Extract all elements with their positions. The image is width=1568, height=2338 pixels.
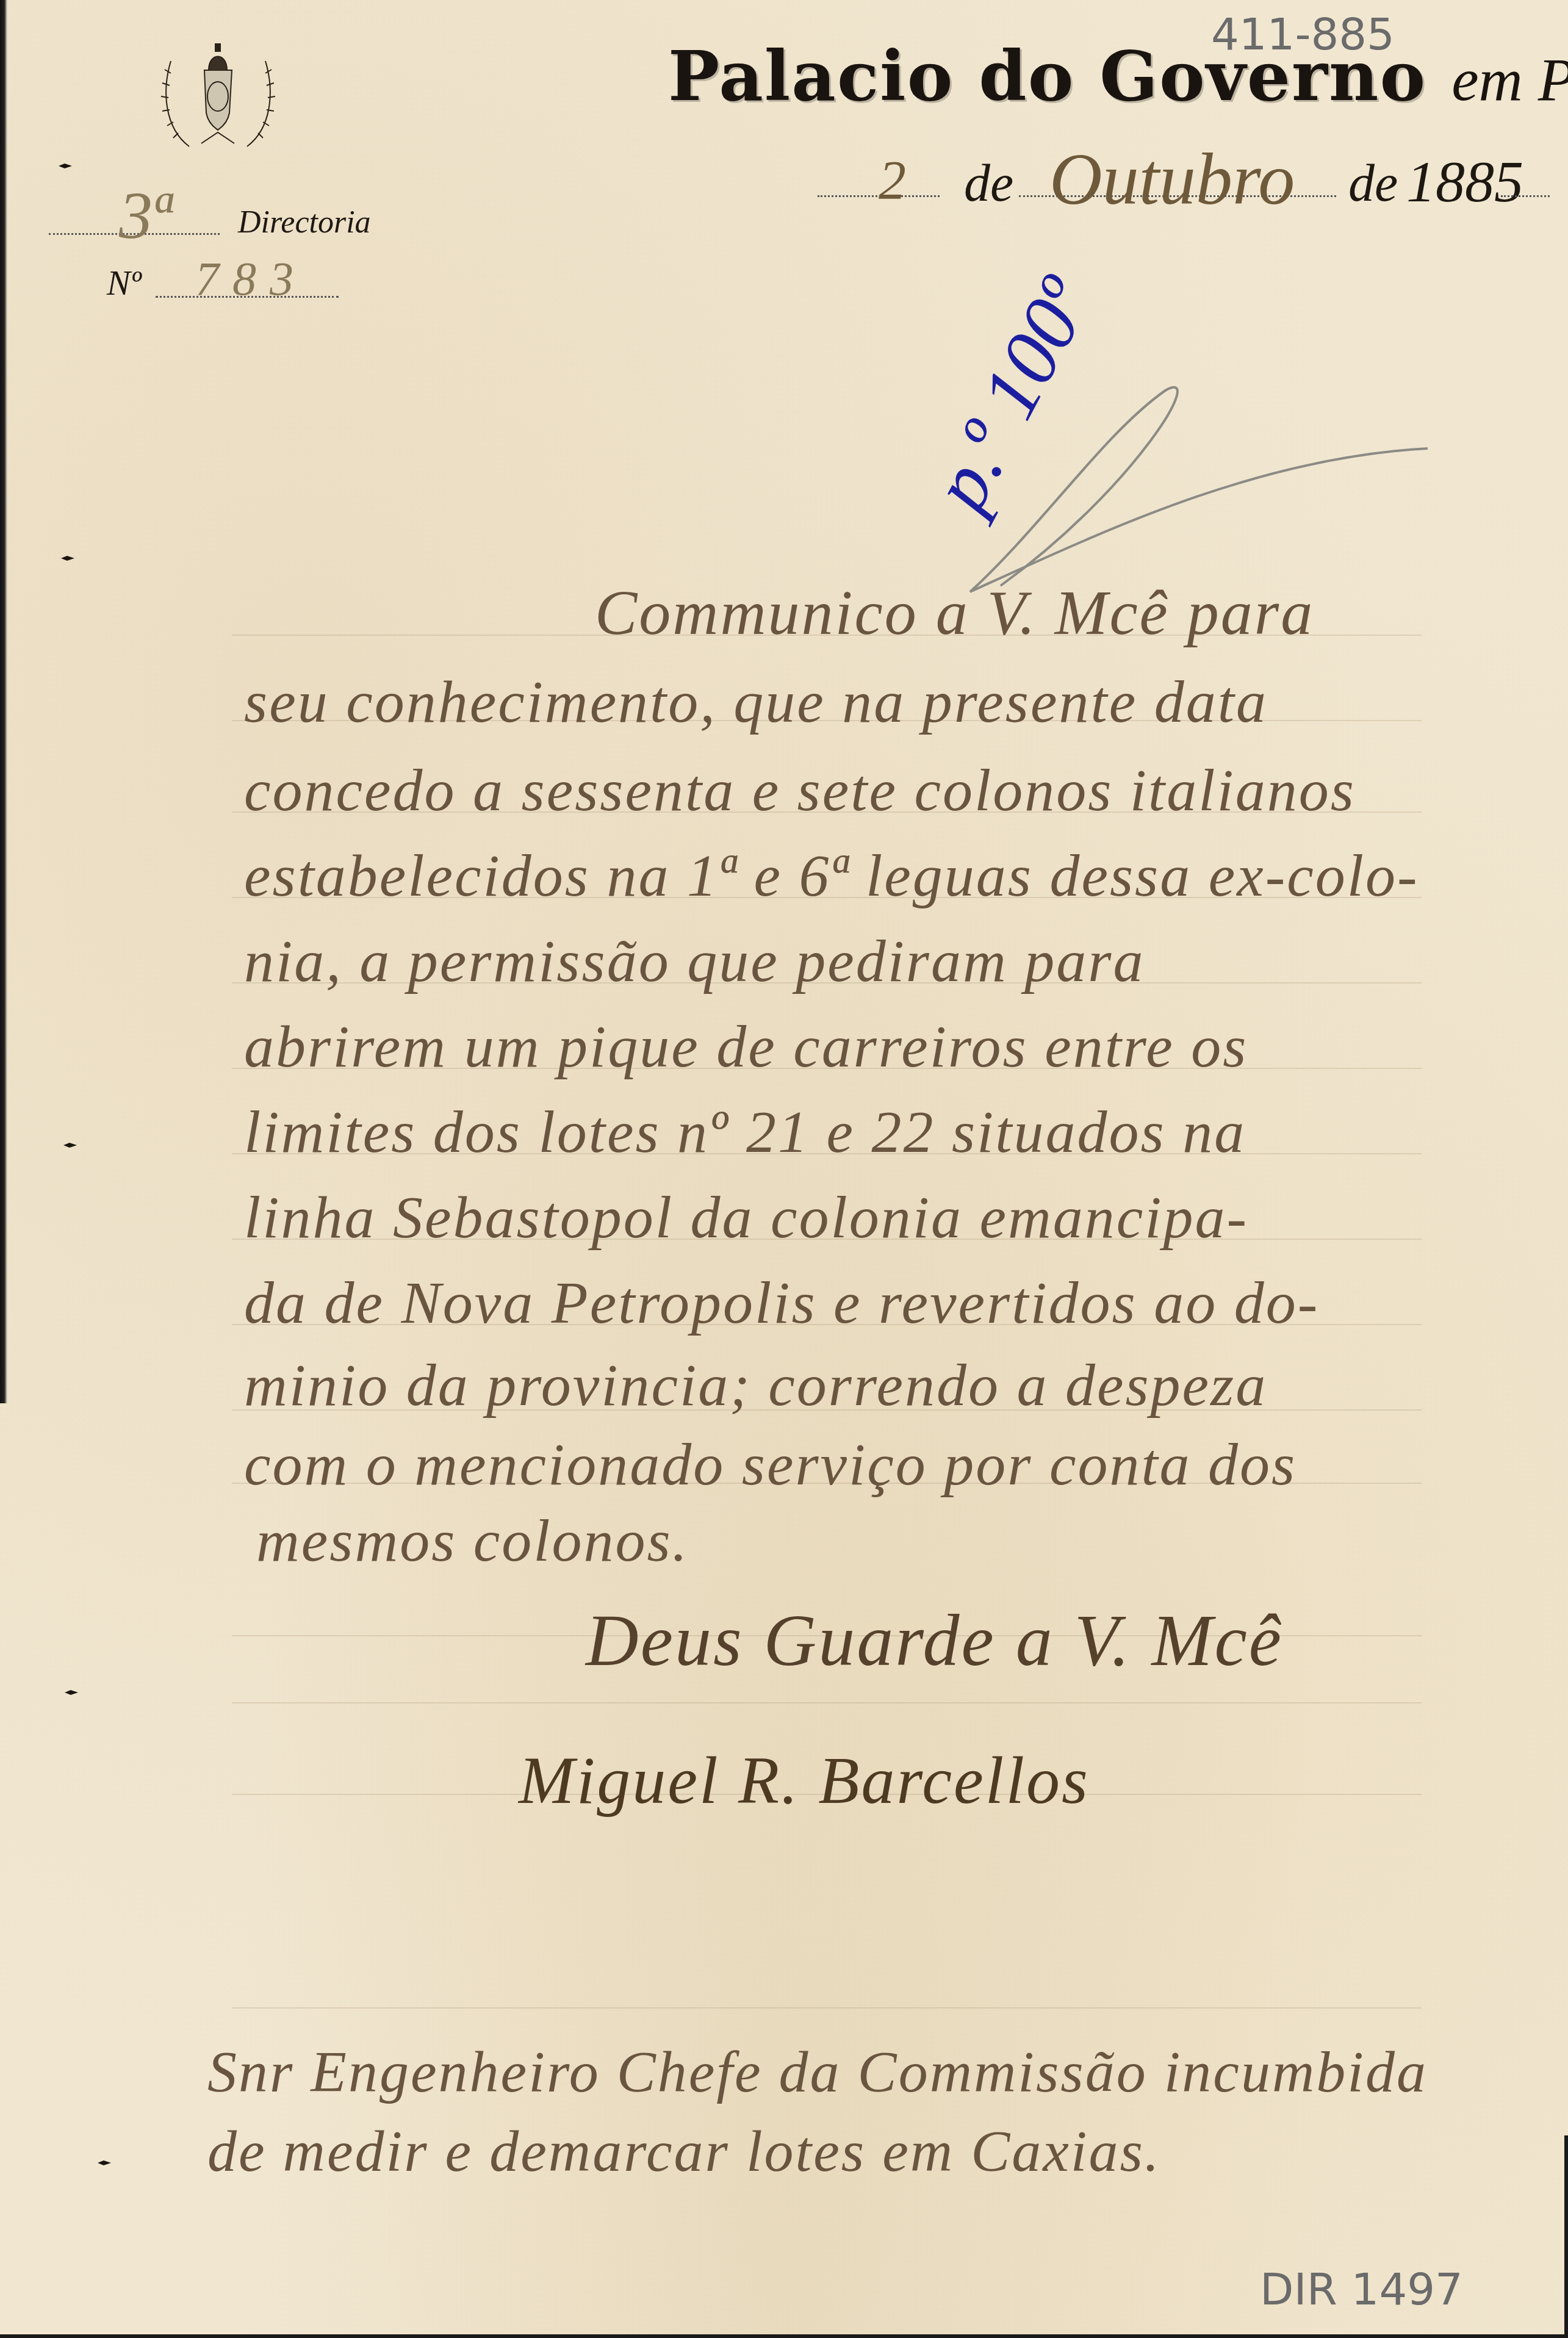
body-line: nia, a permissão que pediram para [244, 927, 1145, 996]
body-line: Communico a V. Mcê para [595, 577, 1314, 649]
body-line: minio da provincia; correndo a despeza [244, 1351, 1267, 1420]
document-page: Palacio do Governo em Porto Alegre, 411-… [0, 0, 1568, 2338]
date-year: 1885 [1406, 148, 1523, 215]
registro-label: Nº [107, 262, 142, 303]
page-right-edge-shadow [1564, 2135, 1568, 2338]
body-line: linha Sebastopol da colonia emancipa- [244, 1184, 1248, 1252]
imperial-coat-of-arms-icon [153, 37, 284, 153]
closing-salutation: Deus Guarde a V. Mcê [586, 1599, 1283, 1683]
registro-number: 783 [195, 251, 307, 306]
date-de-label: de [964, 153, 1013, 214]
body-line: seu conhecimento, que na presente data [244, 668, 1268, 736]
directoria-field: 3ª Directoria [49, 177, 415, 250]
body-line: limites dos lotes nº 21 e 22 situados na [244, 1098, 1246, 1167]
addressee-line: Snr Engenheiro Chefe da Commissão incumb… [207, 2038, 1428, 2106]
body-line: com o mencionado serviço por conta dos [244, 1431, 1296, 1499]
body-line: da de Nova Petropolis e revertidos ao do… [244, 1269, 1319, 1337]
body-line: estabelecidos na 1ª e 6ª leguas dessa ex… [244, 842, 1419, 910]
pin-hole [59, 164, 72, 168]
date-month: Outubro [1049, 137, 1295, 221]
ruled-line [232, 1702, 1422, 1703]
date-day: 2 [879, 149, 906, 212]
body-line: concedo a sessenta e sete colonos italia… [244, 757, 1356, 825]
page-bottom-edge-shadow [0, 2334, 1568, 2338]
date-year-prefix: de [1348, 153, 1398, 214]
date-line: 2 de Outubro de 1885 [818, 153, 1537, 201]
archive-ref-top: 411-885 [1211, 9, 1395, 60]
directoria-label: Directoria [238, 204, 371, 240]
addressee-line: de medir e demarcar lotes em Caxias. [207, 2117, 1161, 2185]
directoria-number: 3ª [119, 177, 171, 254]
pin-hole [98, 2160, 111, 2165]
body-line: abrirem um pique de carreiros entre os [244, 1013, 1248, 1081]
letterhead-location: em Porto Alegre, [1451, 46, 1568, 113]
archive-ref-bottom: DIR 1497 [1260, 2264, 1463, 2315]
signature: Miguel R. Barcellos [519, 1742, 1090, 1819]
letterhead: Palacio do Governo em Porto Alegre, [668, 37, 1568, 117]
body-line: mesmos colonos. [256, 1507, 689, 1575]
ruled-line [232, 2007, 1422, 2009]
pin-hole [65, 1690, 78, 1695]
pin-hole [63, 1143, 77, 1148]
page-left-edge-shadow [0, 0, 7, 1403]
pin-hole [61, 556, 74, 561]
registro-field: Nº 783 [107, 256, 363, 311]
